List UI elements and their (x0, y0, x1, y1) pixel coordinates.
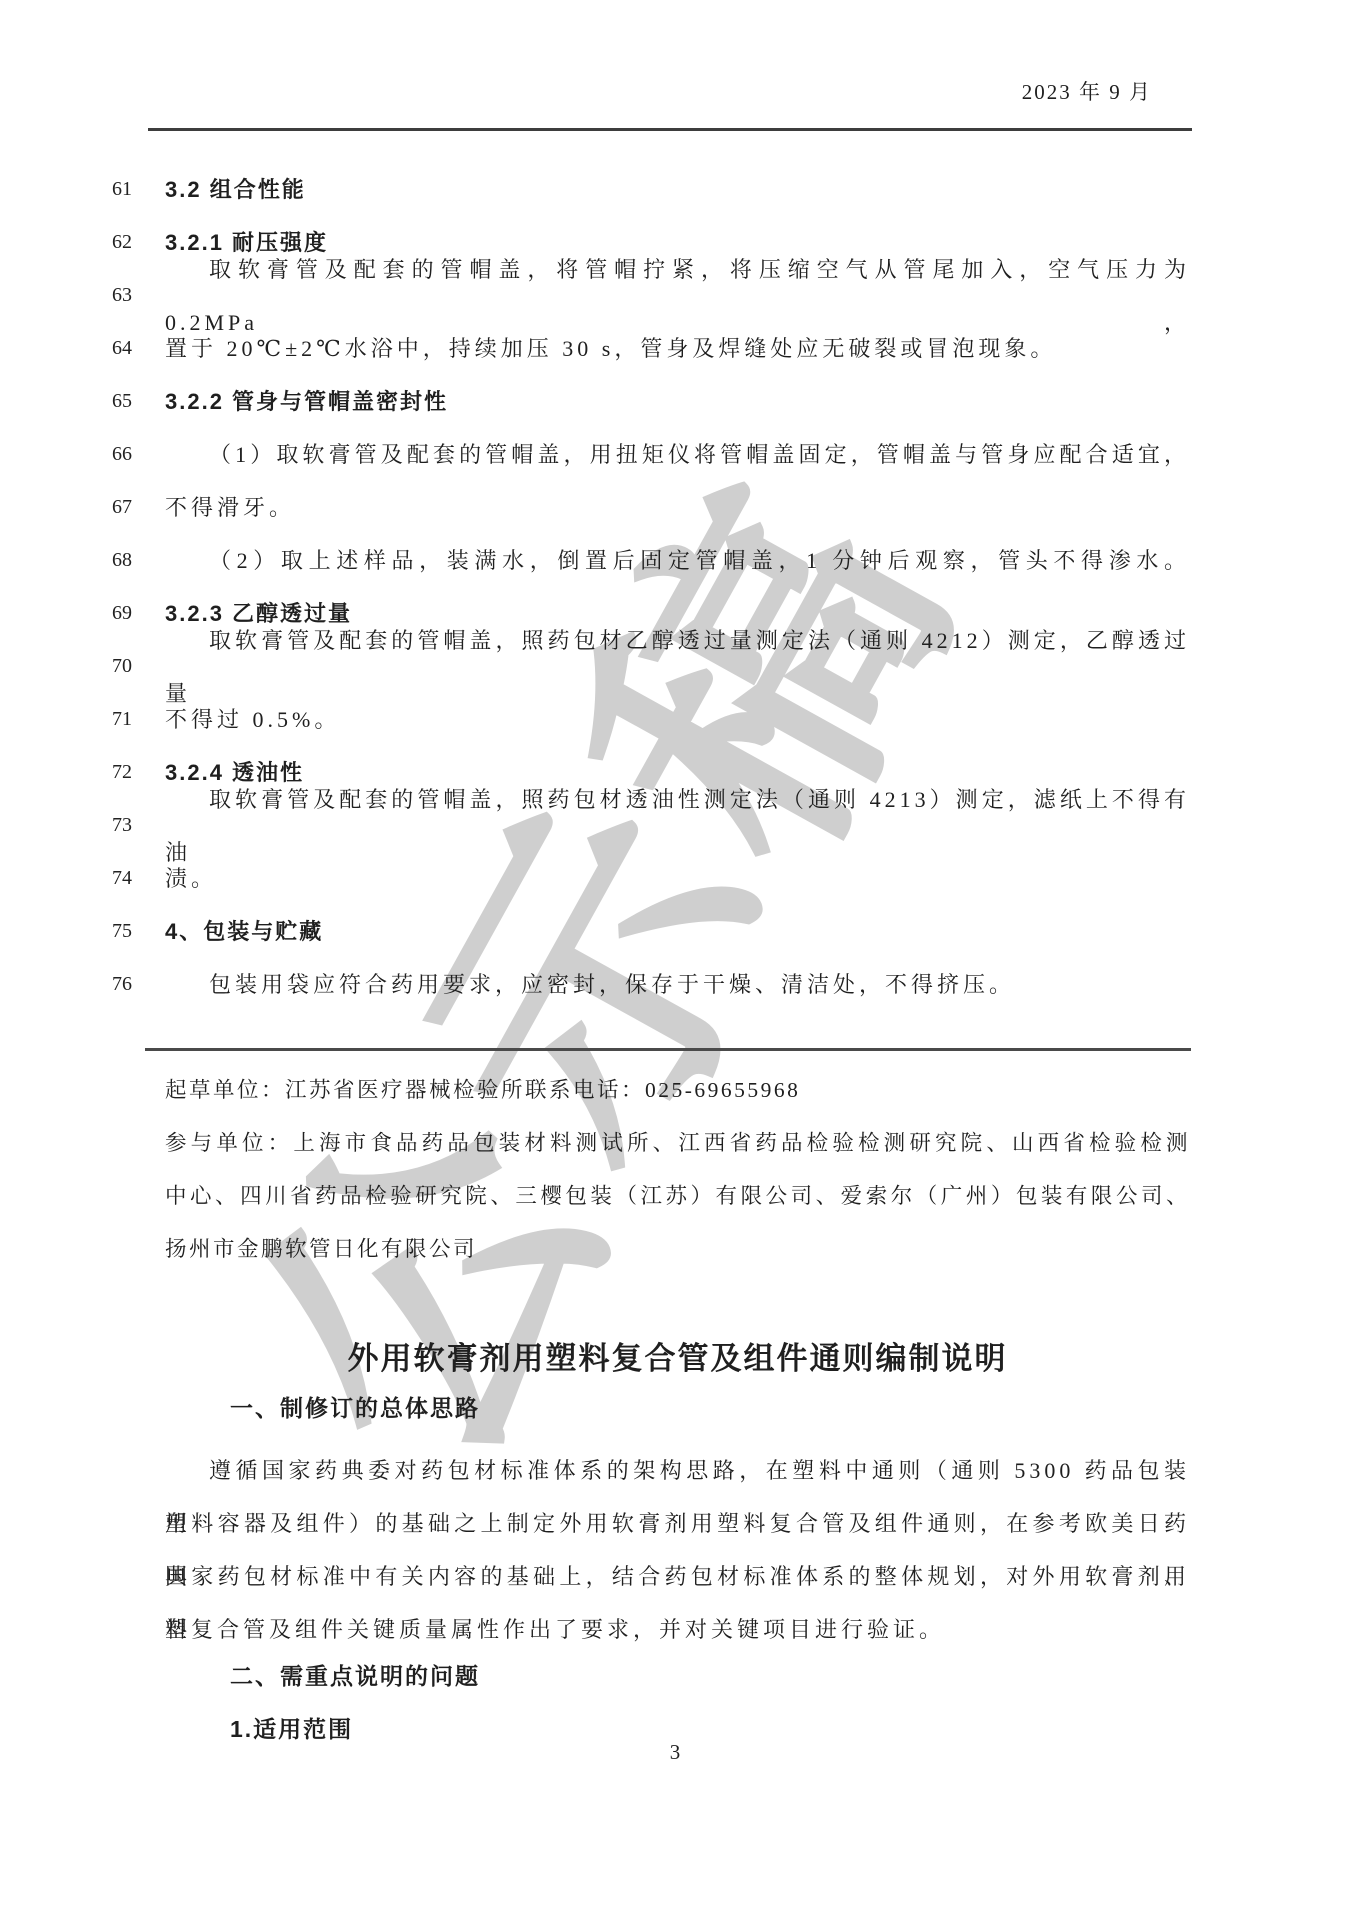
document-line: 613.2 组合性能 (0, 163, 1350, 216)
footnote-drafting-unit: 起草单位：江苏省医疗器械检验所联系电话：025-69655968 (165, 1064, 1190, 1117)
section-heading-1: 一、制修订的总体思路 (230, 1382, 480, 1435)
footnote-block: 起草单位：江苏省医疗器械检验所联系电话：025-69655968 参与单位：上海… (165, 1064, 1190, 1276)
line-number: 70 (112, 655, 156, 678)
document-line: 66（1）取软膏管及配套的管帽盖，用扭矩仪将管帽盖固定，管帽盖与管身应配合适宜， (0, 428, 1350, 481)
line-number: 63 (112, 284, 156, 307)
line-number: 69 (112, 602, 156, 625)
page-content: 2023 年 9 月 613.2 组合性能 623.2.1 耐压强度 63取软膏… (0, 0, 1350, 1909)
document-line: 754、包装与贮藏 (0, 905, 1350, 958)
document-line: 64置于 20℃±2℃水浴中，持续加压 30 s，管身及焊缝处应无破裂或冒泡现象… (0, 322, 1350, 375)
line-text: 渍。 (165, 852, 1190, 905)
line-text: 4、包装与贮藏 (165, 905, 1190, 958)
line-number: 62 (112, 231, 156, 254)
document-line: 63取软膏管及配套的管帽盖，将管帽拧紧，将压缩空气从管尾加入，空气压力为 0.2… (0, 269, 1350, 322)
document-line: 68（2）取上述样品，装满水，倒置后固定管帽盖，1 分钟后观察，管头不得渗水。 (0, 534, 1350, 587)
explanation-title: 外用软膏剂用塑料复合管及组件通则编制说明 (165, 1332, 1190, 1385)
line-text: 置于 20℃±2℃水浴中，持续加压 30 s，管身及焊缝处应无破裂或冒泡现象。 (165, 322, 1190, 375)
document-line: 653.2.2 管身与管帽盖密封性 (0, 375, 1350, 428)
document-line: 70取软膏管及配套的管帽盖，照药包材乙醇透过量测定法（通则 4212）测定，乙醇… (0, 640, 1350, 693)
explanation-paragraph: 遵循国家药典委对药包材标准体系的架构思路，在塑料中通则（通则 5300 药品包装… (165, 1444, 1190, 1656)
line-number: 75 (112, 920, 156, 943)
document-line: 67不得滑牙。 (0, 481, 1350, 534)
footnote-rule (145, 1048, 1191, 1051)
section-heading-2: 二、需重点说明的问题 (230, 1650, 480, 1703)
paragraph-line: 遵循国家药典委对药包材标准体系的架构思路，在塑料中通则（通则 5300 药品包装… (165, 1444, 1190, 1497)
numbered-body: 613.2 组合性能 623.2.1 耐压强度 63取软膏管及配套的管帽盖，将管… (0, 163, 1350, 1011)
line-text: 包装用袋应符合药用要求，应密封，保存于干燥、清洁处，不得挤压。 (165, 958, 1190, 1011)
line-number: 74 (112, 867, 156, 890)
document-page: 公示稿 2023 年 9 月 613.2 组合性能 623.2.1 耐压强度 6… (0, 0, 1350, 1909)
line-number: 73 (112, 814, 156, 837)
line-number: 65 (112, 390, 156, 413)
line-number: 76 (112, 973, 156, 996)
document-line: 76包装用袋应符合药用要求，应密封，保存于干燥、清洁处，不得挤压。 (0, 958, 1350, 1011)
paragraph-line: 塑料容器及组件）的基础之上制定外用软膏剂用塑料复合管及组件通则，在参考欧美日药典… (165, 1497, 1190, 1550)
footnote-participating-units-cont: 中心、四川省药品检验研究院、三樱包装（江苏）有限公司、爱索尔（广州）包装有限公司… (165, 1170, 1190, 1223)
line-text: 3.2.2 管身与管帽盖密封性 (165, 375, 1190, 428)
line-number: 68 (112, 549, 156, 572)
line-text: 不得滑牙。 (165, 481, 1190, 534)
line-text: 不得过 0.5%。 (165, 693, 1190, 746)
line-number: 61 (112, 178, 156, 201)
line-text: （1）取软膏管及配套的管帽盖，用扭矩仪将管帽盖固定，管帽盖与管身应配合适宜， (165, 428, 1190, 481)
header-date: 2023 年 9 月 (0, 76, 1152, 106)
header-rule (148, 128, 1192, 131)
line-number: 71 (112, 708, 156, 731)
page-number: 3 (0, 1740, 1350, 1765)
line-text: （2）取上述样品，装满水，倒置后固定管帽盖，1 分钟后观察，管头不得渗水。 (165, 534, 1190, 587)
footnote-participating-units-end: 扬州市金鹏软管日化有限公司 (165, 1223, 1190, 1276)
document-line: 74渍。 (0, 852, 1350, 905)
document-line: 71不得过 0.5%。 (0, 693, 1350, 746)
line-number: 72 (112, 761, 156, 784)
document-line: 73取软膏管及配套的管帽盖，照药包材透油性测定法（通则 4213）测定，滤纸上不… (0, 799, 1350, 852)
paragraph-line: 国家药包材标准中有关内容的基础上，结合药包材标准体系的整体规划，对外用软膏剂用塑 (165, 1550, 1190, 1603)
line-number: 67 (112, 496, 156, 519)
paragraph-line: 料复合管及组件关键质量属性作出了要求，并对关键项目进行验证。 (165, 1603, 1190, 1656)
line-number: 64 (112, 337, 156, 360)
line-text: 3.2 组合性能 (165, 163, 1190, 216)
footnote-participating-units: 参与单位：上海市食品药品包装材料测试所、江西省药品检验检测研究院、山西省检验检测 (165, 1117, 1190, 1170)
line-number: 66 (112, 443, 156, 466)
